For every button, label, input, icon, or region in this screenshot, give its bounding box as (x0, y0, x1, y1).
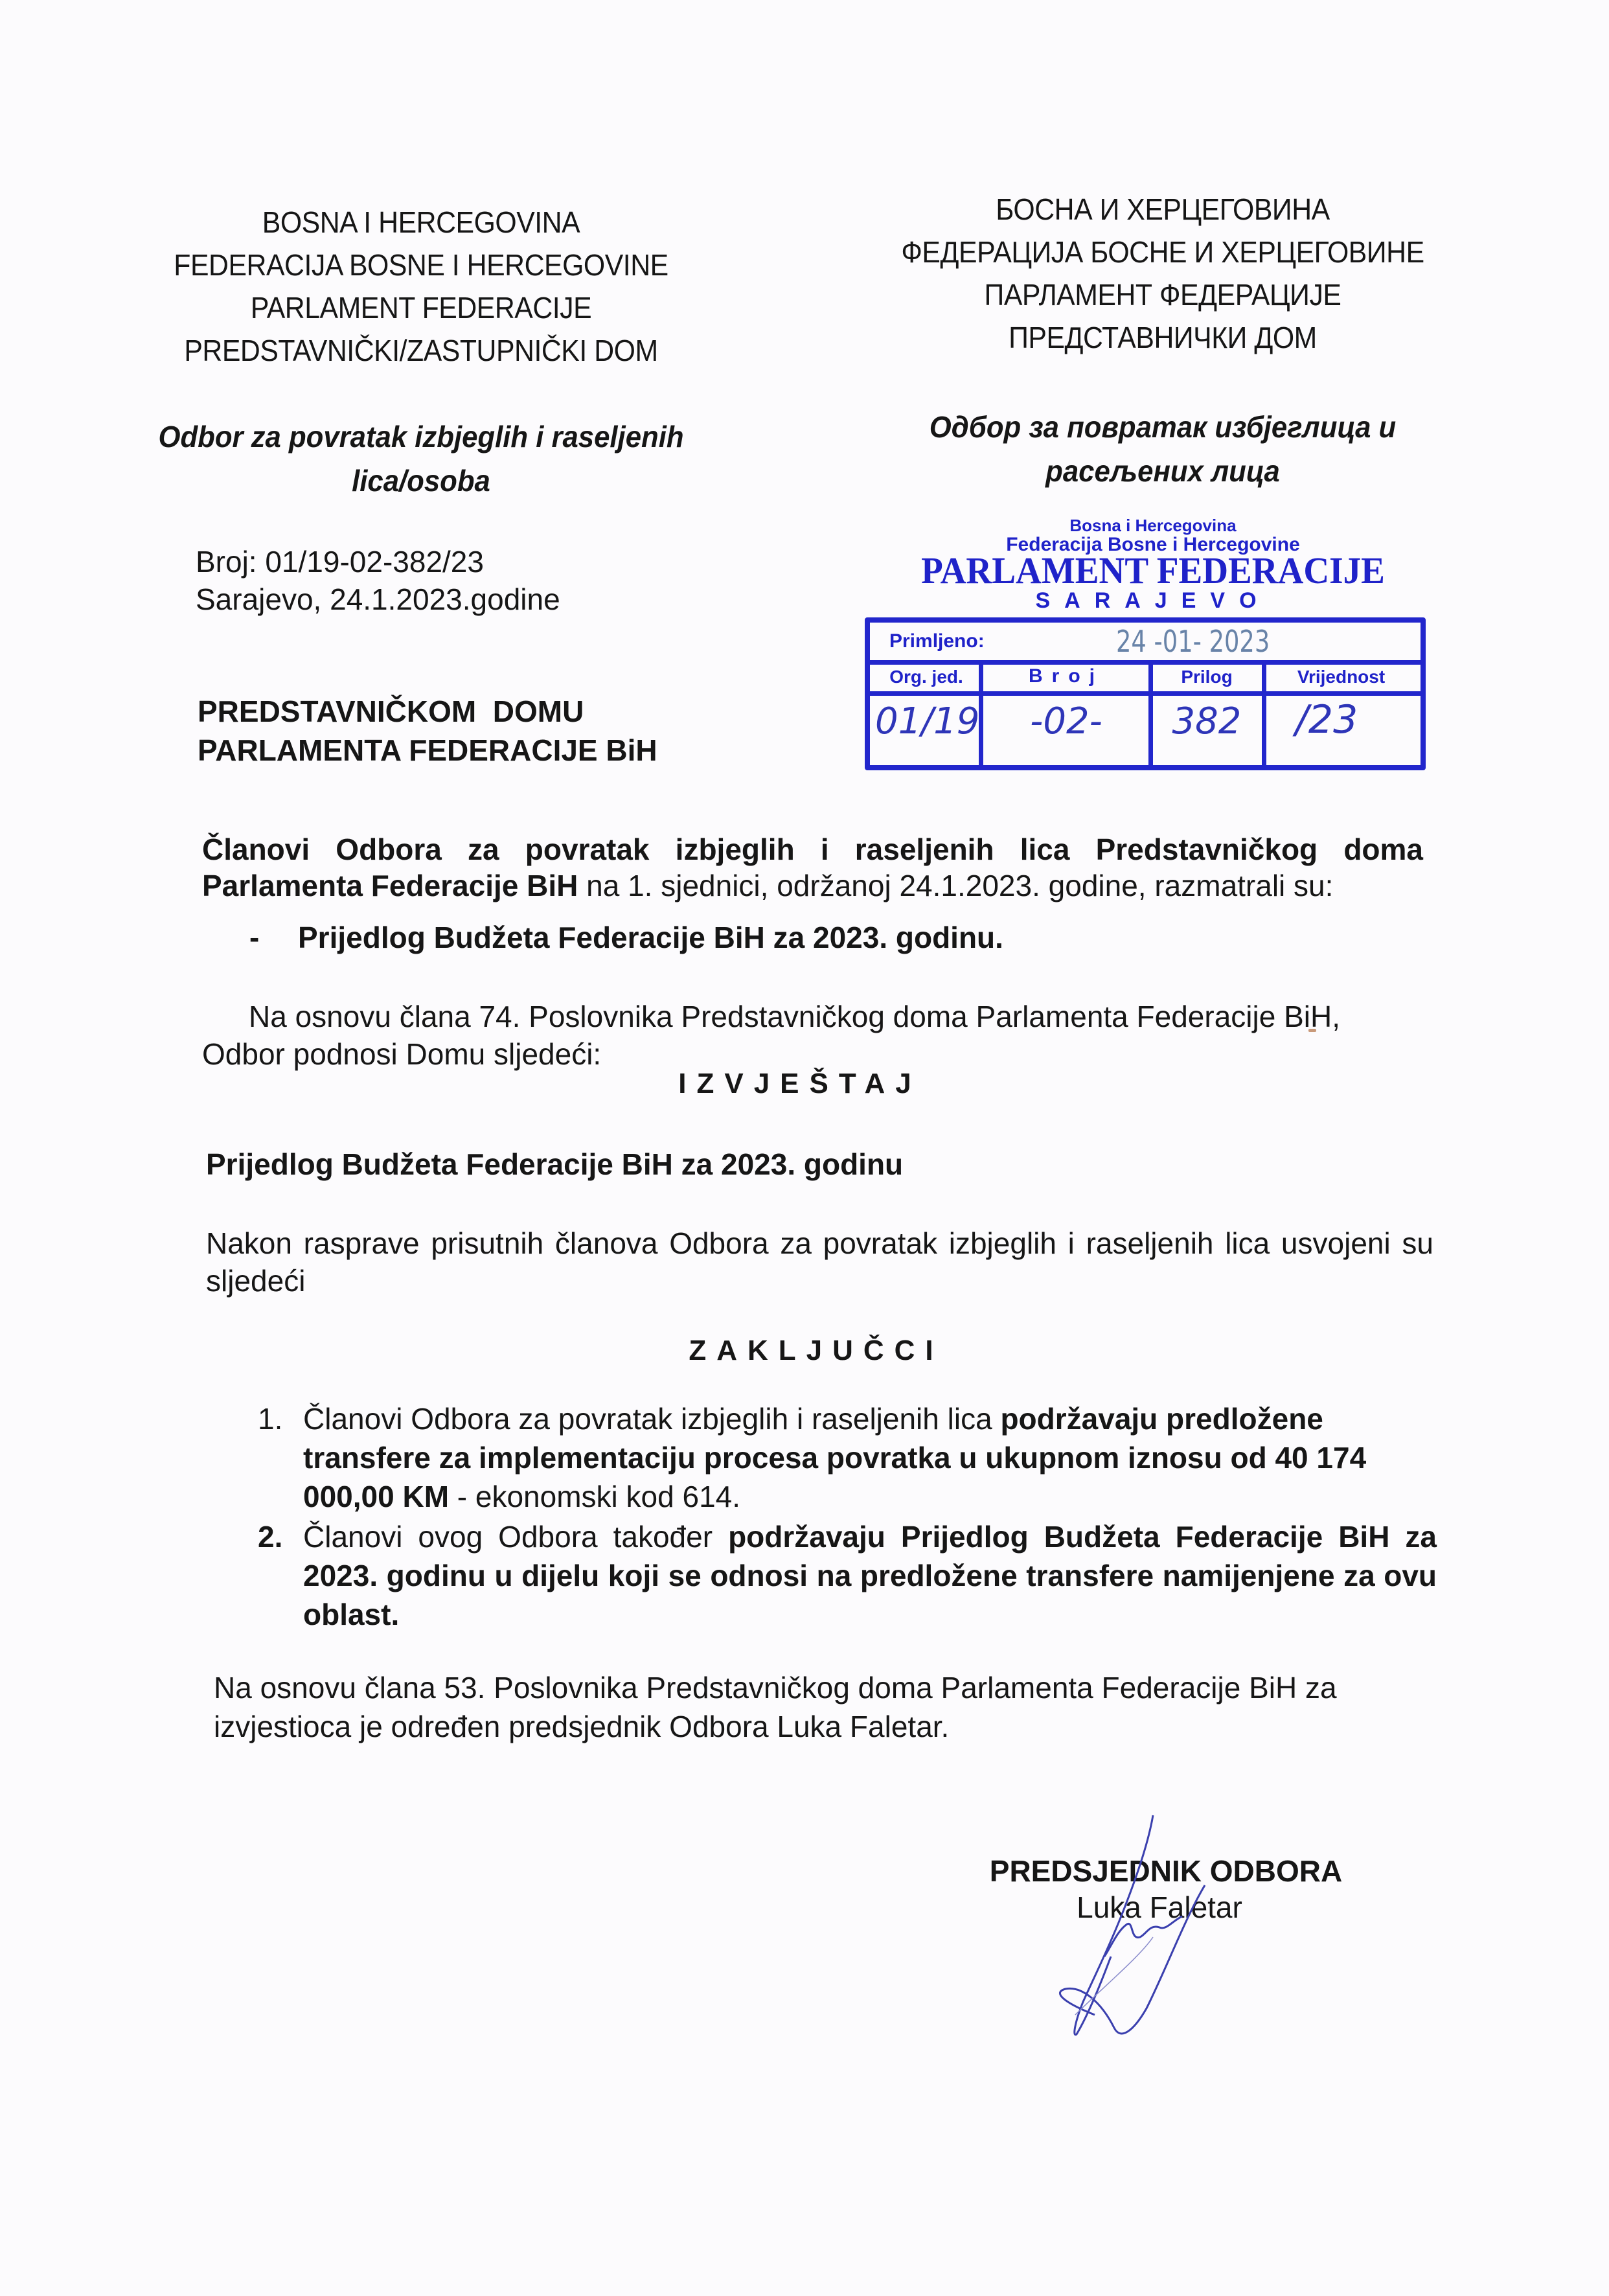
intro-bullet: - Prijedlog Budžeta Federacije BiH za 20… (249, 920, 1003, 955)
committee-cyrillic-line: расељених лица (852, 449, 1474, 493)
committee-latin: Odbor za povratak izbjeglih i raseljenih… (113, 415, 729, 503)
stamp-received-label: Primljeno: (889, 630, 985, 652)
registry-stamp: Bosna i Hercegovina Federacija Bosne i H… (862, 512, 1444, 784)
conclusion-item: 1. Članovi Odbora za povratak izbjeglih … (258, 1399, 1437, 1516)
conclusions-list: 1. Članovi Odbora za povratak izbjeglih … (258, 1399, 1437, 1634)
rapporteur-paragraph: Na osnovu člana 53. Poslovnika Predstavn… (214, 1668, 1438, 1746)
stamp-val-broj: -02- (985, 700, 1147, 742)
stamp-val-vrijednost: /23 (1268, 697, 1385, 742)
header-latin-line: PREDSTAVNIČKI/ZASTUPNIČKI DOM (120, 329, 722, 372)
bullet-marker: - (249, 920, 298, 955)
header-cyrillic-line: ПАРЛАМЕНТ ФЕДЕРАЦИЈЕ (858, 273, 1466, 316)
header-cyrillic-line: ПРЕДСТАВНИЧКИ ДОМ (858, 316, 1466, 359)
conclusion-number: 2. (258, 1517, 303, 1634)
document-meta: Broj: 01/19-02-382/23 Sarajevo, 24.1.202… (196, 543, 560, 618)
header-cyrillic-line: БОСНА И ХЕРЦЕГОВИНА (858, 188, 1466, 231)
conclusion-tail: - ekonomski kod 614. (449, 1480, 740, 1513)
stamp-received-date: 24 -01- 2023 (1116, 624, 1270, 659)
stamp-line-1: Bosna i Hercegovina (862, 517, 1444, 534)
stamp-line-3: PARLAMENT FEDERACIJE (876, 552, 1430, 590)
discussion-paragraph: Nakon rasprave prisutnih članova Odbora … (206, 1224, 1433, 1300)
basis-paragraph: Na osnovu člana 74. Poslovnika Predstavn… (202, 998, 1340, 1073)
stamp-val-prilog: 382 (1155, 700, 1259, 742)
recipient: PREDSTAVNIČKOM DOMU PARLAMENTA FEDERACIJ… (198, 692, 657, 770)
committee-cyrillic: Одбор за повратак избјеглица и расељених… (852, 405, 1474, 493)
committee-latin-line: lica/osoba (113, 459, 729, 503)
watermark-dot (1308, 1029, 1316, 1032)
conclusion-text: Članovi ovog Odbora također podržavaju P… (303, 1517, 1437, 1634)
handwritten-signature (1036, 1808, 1270, 2047)
intro-paragraph: Članovi Odbora za povratak izbjeglih i r… (202, 831, 1423, 904)
committee-cyrillic-line: Одбор за повратак избјеглица и (852, 405, 1474, 449)
stamp-col-org: Org. jed. (875, 667, 977, 687)
recipient-line: PREDSTAVNIČKOM DOMU (198, 692, 657, 731)
header-latin: BOSNA I HERCEGOVINA FEDERACIJA BOSNE I H… (120, 201, 722, 372)
basis-line: Na osnovu člana 74. Poslovnika Predstavn… (202, 998, 1340, 1035)
document-place-date: Sarajevo, 24.1.2023.godine (196, 580, 560, 618)
stamp-table: Primljeno: 24 -01- 2023 Org. jed. Broj P… (865, 617, 1426, 770)
stamp-val-org: 01/19 (875, 700, 977, 742)
header-latin-line: PARLAMENT FEDERACIJE (120, 286, 722, 329)
conclusion-item: 2. Članovi ovog Odbora također podržavaj… (258, 1517, 1437, 1634)
conclusion-normal: Članovi ovog Odbora također (303, 1520, 728, 1554)
committee-latin-line: Odbor za povratak izbjeglih i raseljenih (113, 415, 729, 459)
stamp-col-vrijednost: Vrijednost (1268, 667, 1414, 687)
stamp-col-prilog: Prilog (1155, 667, 1259, 687)
header-cyrillic-line: ФЕДЕРАЦИЈА БОСНЕ И ХЕРЦЕГОВИНЕ (858, 231, 1466, 273)
intro-rest: na 1. sjednici, održanoj 24.1.2023. godi… (578, 869, 1333, 902)
conclusions-title: ZAKLJUČCI (680, 1335, 952, 1367)
stamp-col-broj: Broj (985, 665, 1147, 687)
bullet-text: Prijedlog Budžeta Federacije BiH za 2023… (298, 920, 1003, 955)
recipient-line: PARLAMENTA FEDERACIJE BiH (198, 731, 657, 770)
document-number: Broj: 01/19-02-382/23 (196, 543, 560, 580)
header-cyrillic: БОСНА И ХЕРЦЕГОВИНА ФЕДЕРАЦИЈА БОСНЕ И Х… (858, 188, 1466, 359)
conclusion-number: 1. (258, 1399, 303, 1516)
conclusion-normal: Članovi Odbora za povratak izbjeglih i r… (303, 1402, 1000, 1436)
header-latin-line: BOSNA I HERCEGOVINA (120, 201, 722, 244)
report-title: IZVJEŠTAJ (648, 1068, 952, 1100)
report-subject: Prijedlog Budžeta Federacije BiH za 2023… (206, 1147, 903, 1182)
conclusion-text: Članovi Odbora za povratak izbjeglih i r… (303, 1399, 1437, 1516)
header-latin-line: FEDERACIJA BOSNE I HERCEGOVINE (120, 244, 722, 286)
stamp-line-4: SARAJEVO (862, 590, 1444, 612)
